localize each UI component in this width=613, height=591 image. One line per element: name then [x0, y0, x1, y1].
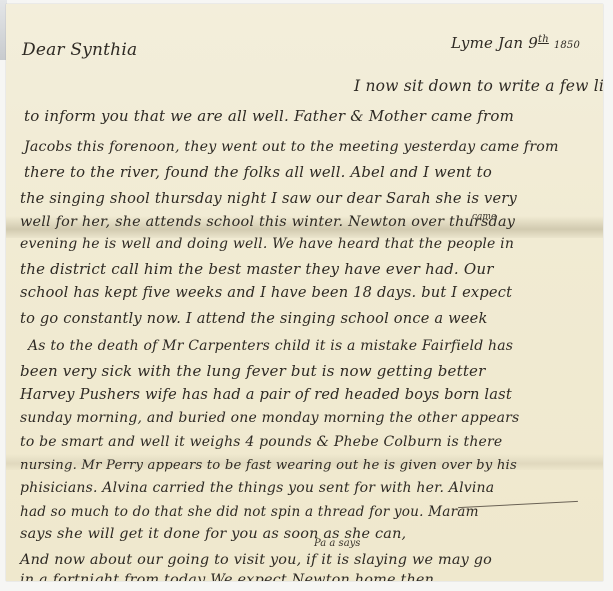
letter-line: Jacobs this forenoon, they went out to t… — [24, 139, 559, 155]
place: Lyme — [451, 34, 493, 52]
letter-line: to go constantly now. I attend the singi… — [20, 310, 488, 327]
letter-line: in a fortnight from today We expect Newt… — [20, 572, 434, 581]
letter-line: been very sick with the lung fever but i… — [20, 362, 486, 380]
salutation: Dear Synthia — [22, 40, 137, 60]
letter-line: evening he is well and doing well. We ha… — [20, 236, 514, 252]
insertion-pa-says: Pa a says — [314, 538, 360, 549]
date: Jan 9 — [498, 34, 538, 52]
letter-line: the district call him the best master th… — [20, 260, 494, 278]
letter-line: school has kept five weeks and I have be… — [20, 284, 512, 301]
letter-line: the singing shool thursday night I saw o… — [20, 190, 517, 207]
letter-line: sunday morning, and buried one monday mo… — [20, 410, 519, 426]
letter-line: to inform you that we are all well. Fath… — [24, 107, 514, 125]
letter-line: As to the death of Mr Carpenters child i… — [28, 338, 513, 354]
date-suffix: th — [538, 34, 549, 45]
letter-line: I now sit down to write a few lines — [354, 77, 603, 95]
date-line: Lyme Jan 9th 1850 — [451, 34, 580, 52]
letter-line: nursing. Mr Perry appears to be fast wea… — [20, 458, 517, 473]
letter-line: phisicians. Alvina carried the things yo… — [20, 480, 494, 496]
letter-line: And now about our going to visit you, if… — [20, 552, 492, 568]
insertion-came: came — [472, 212, 496, 222]
letter-line: there to the river, found the folks all … — [24, 164, 492, 181]
letter-line: to be smart and well it weighs 4 pounds … — [20, 434, 502, 450]
letter-line: well for her, she attends school this wi… — [20, 214, 515, 230]
year: 1850 — [554, 40, 580, 51]
letter-line: Harvey Pushers wife has had a pair of re… — [20, 386, 512, 403]
letter-page: Dear Synthia Lyme Jan 9th 1850 I now sit… — [6, 4, 603, 581]
letter-line: had so much to do that she did not spin … — [20, 504, 479, 520]
